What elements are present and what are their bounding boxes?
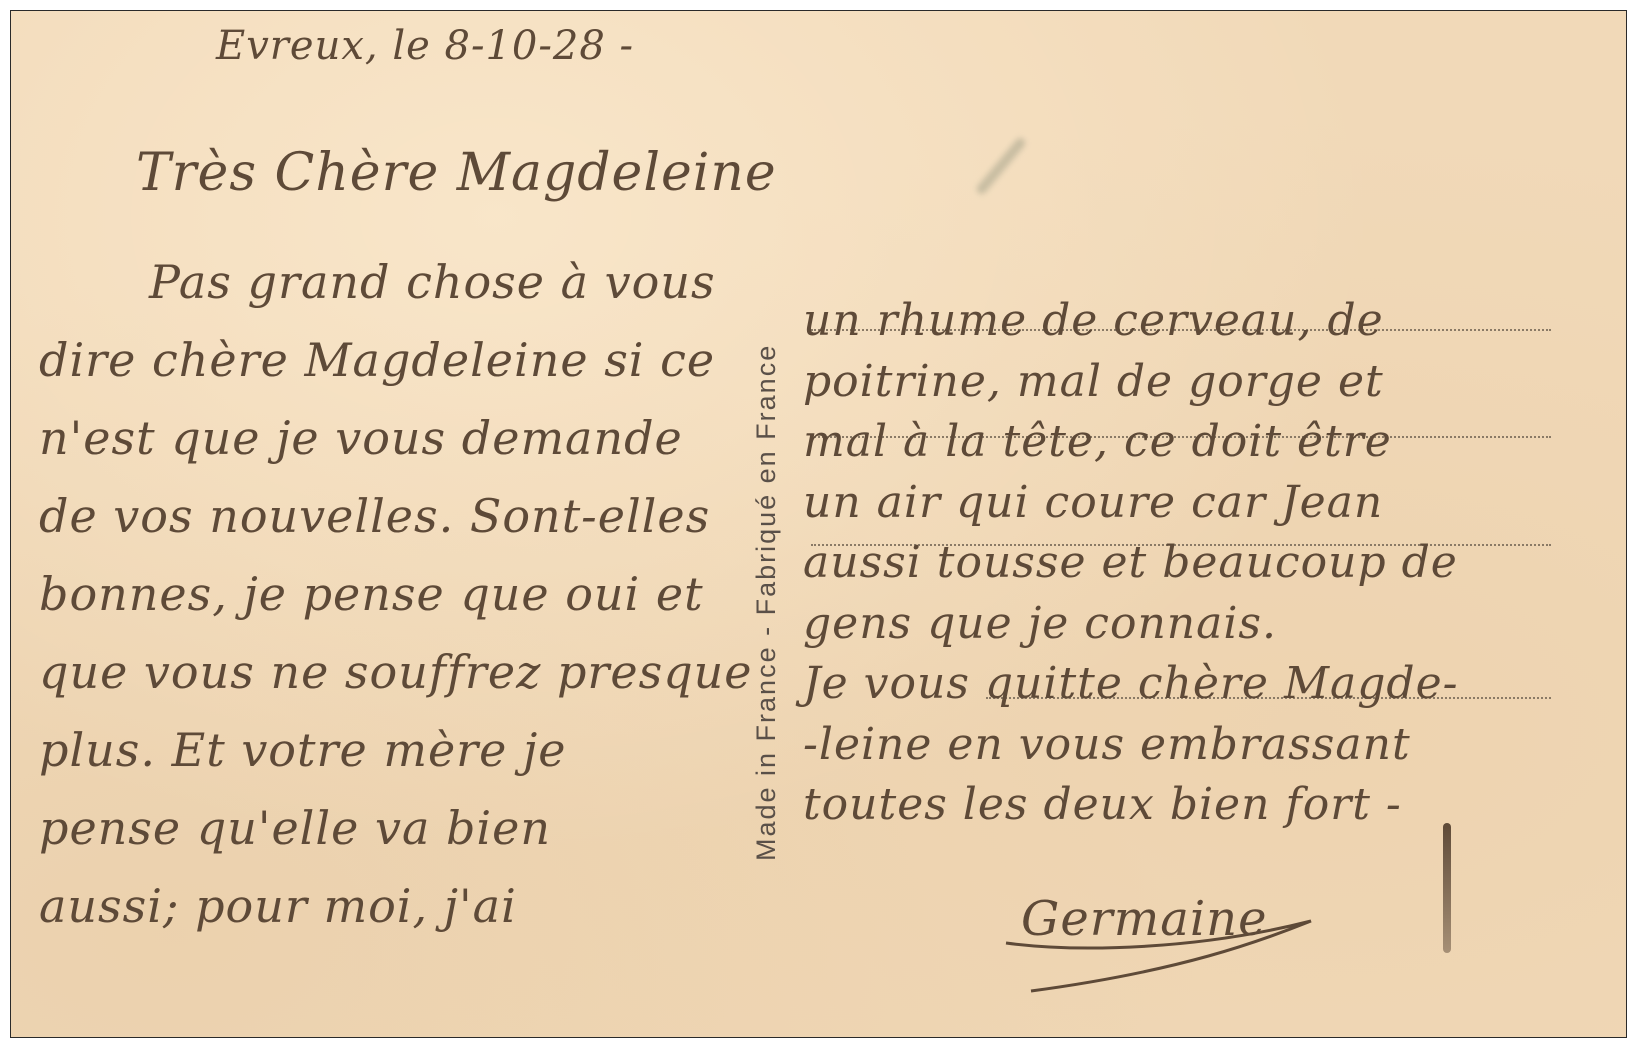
right-column-text: un rhume de cerveau, de poitrine, mal de… (803, 291, 1458, 836)
right-line: gens que je connais. (803, 594, 1458, 655)
left-line: bonnes, je pense que oui et (39, 555, 753, 633)
right-line: aussi tousse et beaucoup de (803, 533, 1458, 594)
right-line: mal à la tête, ce doit être (803, 412, 1458, 473)
right-line: Je vous quitte chère Magde- (803, 654, 1458, 715)
signature: Germaine (1021, 891, 1268, 947)
left-line: pense qu'elle va bien (39, 789, 753, 867)
printed-origin-text: Made in France - Fabriqué en France (751, 344, 782, 861)
paper-stain (975, 136, 1028, 196)
left-line: plus. Et votre mère je (39, 711, 753, 789)
date-line: Evreux, le 8-10-28 - (216, 23, 634, 69)
left-line: de vos nouvelles. Sont-elles (39, 477, 753, 555)
right-line: un rhume de cerveau, de (803, 291, 1458, 352)
right-line: un air qui coure car Jean (803, 473, 1458, 534)
ink-smudge (1443, 823, 1451, 953)
left-line: Pas grand chose à vous (39, 243, 753, 321)
right-line: toutes les deux bien fort - (803, 775, 1458, 836)
right-line: poitrine, mal de gorge et (803, 352, 1458, 413)
postcard-back: Evreux, le 8-10-28 - Très Chère Magdelei… (10, 10, 1627, 1038)
left-line: aussi; pour moi, j'ai (39, 867, 753, 945)
left-line: dire chère Magdeleine si ce (39, 321, 753, 399)
left-column-text: Pas grand chose à vous dire chère Magdel… (39, 243, 753, 945)
left-line: n'est que je vous demande (39, 399, 753, 477)
right-line: -leine en vous embrassant (803, 715, 1458, 776)
left-line: que vous ne souffrez presque (39, 633, 753, 711)
greeting: Très Chère Magdeleine (136, 143, 777, 203)
